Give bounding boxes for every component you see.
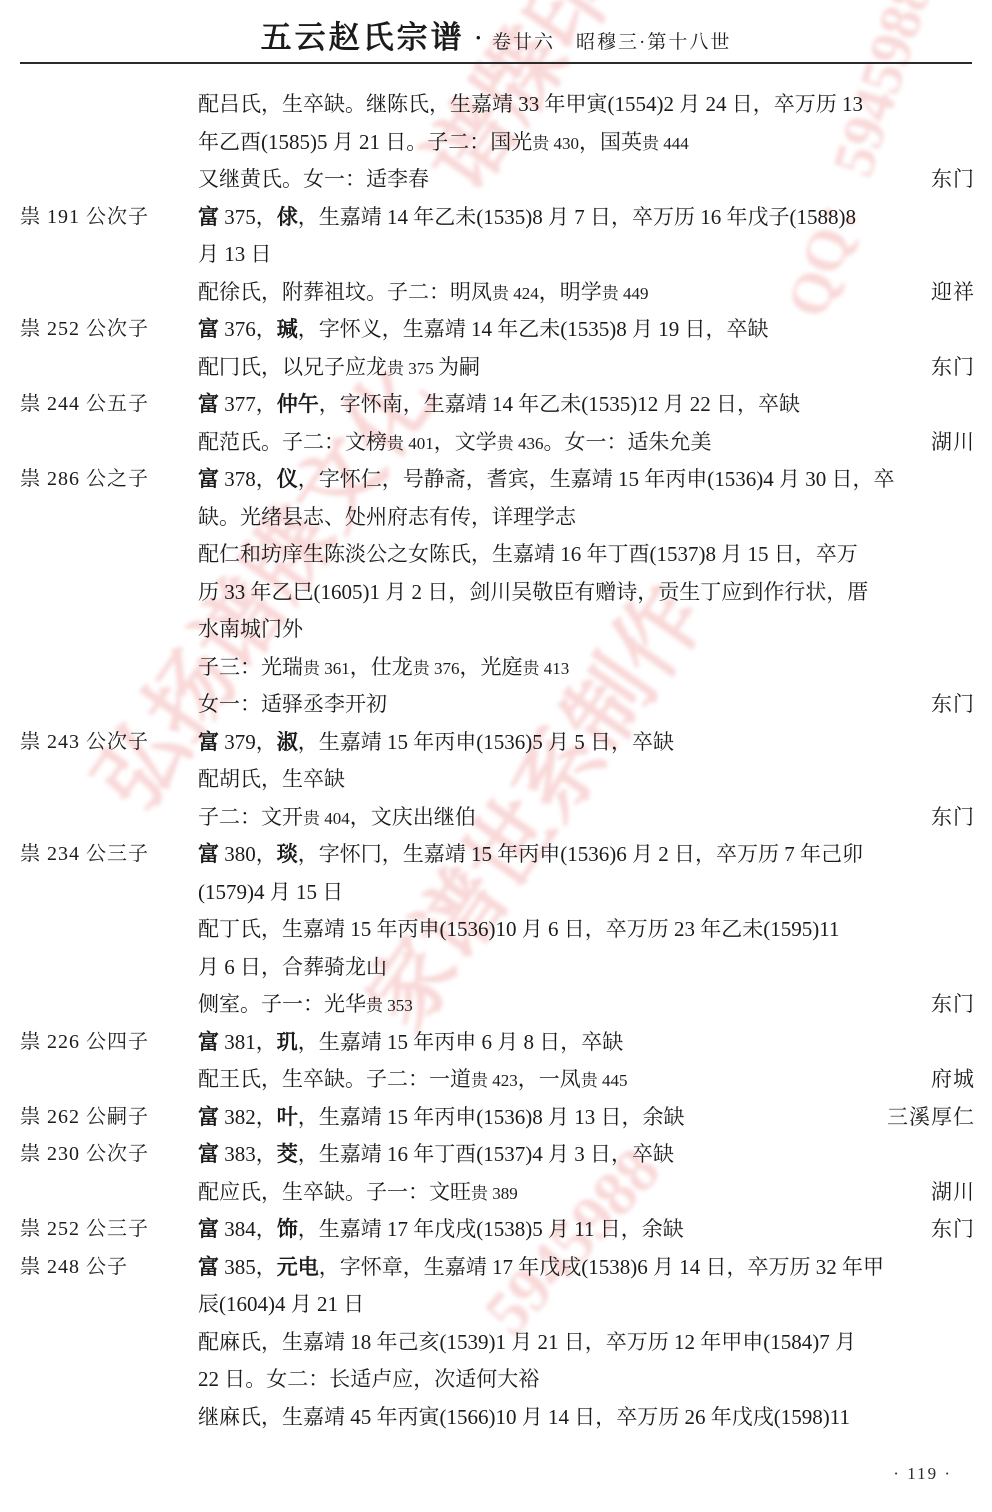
father-rank-label: 祟 243 公次子 (20, 724, 149, 762)
entry-text: 侧室。子一：光华贵 353 (198, 992, 413, 1016)
genealogy-line: 祟 226 公四子富 381，玑，生嘉靖 15 年丙申 6 月 8 日，卒缺 (0, 1024, 992, 1062)
entry-text: 富 380，琰，字怀冂，生嘉靖 15 年丙申(1536)6 月 2 日，卒万历 … (198, 842, 863, 866)
entry-text: 22 日。女二：长适卢应，次适何大裕 (198, 1367, 539, 1391)
entry-text: 富 379，淑，生嘉靖 15 年丙申(1536)5 月 5 日，卒缺 (198, 730, 674, 754)
genealogy-line: 月 13 日 (0, 236, 992, 274)
entry-text: 缺。光绪县志、处州府志有传，详理学志 (198, 505, 576, 529)
father-rank-label: 祟 252 公三子 (20, 1211, 149, 1249)
genealogy-line: 祟 252 公次子富 376，瑊，字怀义，生嘉靖 14 年乙未(1535)8 月… (0, 311, 992, 349)
genealogy-rows: 配吕氏，生卒缺。继陈氏，生嘉靖 33 年甲寅(1554)2 月 24 日，卒万历… (0, 86, 992, 1436)
father-rank-label: 祟 230 公次子 (20, 1136, 149, 1174)
genealogy-line: 祟 244 公五子富 377，仲午，字怀南，生嘉靖 14 年乙未(1535)12… (0, 386, 992, 424)
genealogy-line: 祟 234 公三子富 380，琰，字怀冂，生嘉靖 15 年丙申(1536)6 月… (0, 836, 992, 874)
father-rank-label: 祟 226 公四子 (20, 1024, 149, 1062)
entry-text: 富 377，仲午，字怀南，生嘉靖 14 年乙未(1535)12 月 22 日，卒… (198, 392, 800, 416)
entry-text: 富 381，玑，生嘉靖 15 年丙申 6 月 8 日，卒缺 (198, 1030, 623, 1054)
entry-text: 富 384，饰，生嘉靖 17 年戊戌(1538)5 月 11 日，余缺 (198, 1217, 684, 1241)
entry-text: 历 33 年乙巳(1605)1 月 2 日，剑川吴敬臣有赠诗，贡生丁应到作行状，… (198, 580, 868, 604)
residence-tag: 三溪厚仁 (887, 1099, 975, 1137)
father-rank-label: 祟 191 公次子 (20, 199, 149, 237)
genealogy-line: 侧室。子一：光华贵 353东门 (0, 986, 992, 1024)
entry-text: 富 376，瑊，字怀义，生嘉靖 14 年乙未(1535)8 月 19 日，卒缺 (198, 317, 769, 341)
residence-tag: 东门 (931, 161, 975, 199)
entry-text: 子二：文开贵 404，文庆出继伯 (198, 805, 476, 829)
entry-text: 年乙酉(1585)5 月 21 日。子二：国光贵 430，国英贵 444 (198, 130, 689, 154)
header-rule (20, 62, 972, 64)
residence-tag: 东门 (931, 1211, 975, 1249)
entry-text: 富 383，茭，生嘉靖 16 年丁酉(1537)4 月 3 日，卒缺 (198, 1142, 674, 1166)
entry-text: 富 378，仪，字怀仁，号静斋，耆宾，生嘉靖 15 年丙申(1536)4 月 3… (198, 467, 894, 491)
genealogy-line: 配王氏，生卒缺。子二：一道贵 423，一凤贵 445府城 (0, 1061, 992, 1099)
residence-tag: 迎祥 (931, 274, 975, 312)
entry-text: 配范氏。子二：文榜贵 401，文学贵 436。女一：适朱允美 (198, 430, 712, 454)
entry-text: 富 382，叶，生嘉靖 15 年丙申(1536)8 月 13 日，余缺 (198, 1105, 685, 1129)
father-rank-label: 祟 262 公嗣子 (20, 1099, 149, 1137)
entry-text: 配王氏，生卒缺。子二：一道贵 423，一凤贵 445 (198, 1067, 628, 1091)
genealogy-line: 子二：文开贵 404，文庆出继伯东门 (0, 799, 992, 837)
genealogy-line: 缺。光绪县志、处州府志有传，详理学志 (0, 499, 992, 537)
entry-text: 富 385，元电，字怀章，生嘉靖 17 年戊戌(1538)6 月 14 日，卒万… (198, 1255, 884, 1279)
entry-text: 配冂氏，以兄子应龙贵 375 为嗣 (198, 355, 480, 379)
book-title: 五云赵氏宗谱 (261, 20, 465, 55)
genealogy-line: 祟 252 公三子富 384，饰，生嘉靖 17 年戊戌(1538)5 月 11 … (0, 1211, 992, 1249)
entry-text: 配应氏，生卒缺。子一：文旺贵 389 (198, 1180, 518, 1204)
entry-text: 又继黄氏。女一：适李春 (198, 167, 429, 191)
genealogy-line: 年乙酉(1585)5 月 21 日。子二：国光贵 430，国英贵 444 (0, 124, 992, 162)
genealogy-line: 历 33 年乙巳(1605)1 月 2 日，剑川吴敬臣有赠诗，贡生丁应到作行状，… (0, 574, 992, 612)
genealogy-line: 辰(1604)4 月 21 日 (0, 1286, 992, 1324)
father-rank-label: 祟 234 公三子 (20, 836, 149, 874)
genealogy-line: 祟 286 公之子富 378，仪，字怀仁，号静斋，耆宾，生嘉靖 15 年丙申(1… (0, 461, 992, 499)
genealogy-line: 配麻氏，生嘉靖 18 年己亥(1539)1 月 21 日，卒万历 12 年甲申(… (0, 1324, 992, 1362)
father-rank-label: 祟 248 公子 (20, 1249, 128, 1287)
entry-text: 配徐氏，附葬祖坟。子二：明凤贵 424，明学贵 449 (198, 280, 649, 304)
entry-text: 配麻氏，生嘉靖 18 年己亥(1539)1 月 21 日，卒万历 12 年甲申(… (198, 1330, 856, 1354)
entry-text: 水南城门外 (198, 617, 303, 641)
genealogy-line: 祟 230 公次子富 383，茭，生嘉靖 16 年丁酉(1537)4 月 3 日… (0, 1136, 992, 1174)
genealogy-line: 配丁氏，生嘉靖 15 年丙申(1536)10 月 6 日，卒万历 23 年乙未(… (0, 911, 992, 949)
entry-text: (1579)4 月 15 日 (198, 880, 343, 904)
genealogy-line: 祟 243 公次子富 379，淑，生嘉靖 15 年丙申(1536)5 月 5 日… (0, 724, 992, 762)
document-page: 谱牒印务制造QQ：5945988弘扬谱牒文化家谱世系制作5945988 五云赵氏… (0, 0, 992, 1512)
father-rank-label: 祟 286 公之子 (20, 461, 149, 499)
genealogy-line: 继麻氏，生嘉靖 45 年丙寅(1566)10 月 14 日，卒万历 26 年戊戌… (0, 1399, 992, 1437)
genealogy-line: 祟 248 公子富 385，元电，字怀章，生嘉靖 17 年戊戌(1538)6 月… (0, 1249, 992, 1287)
genealogy-line: (1579)4 月 15 日 (0, 874, 992, 912)
genealogy-line: 子三：光瑞贵 361，仕龙贵 376，光庭贵 413 (0, 649, 992, 687)
father-rank-label: 祟 252 公次子 (20, 311, 149, 349)
genealogy-line: 女一：适驿丞李开初东门 (0, 686, 992, 724)
entry-text: 配胡氏，生卒缺 (198, 767, 345, 791)
genealogy-line: 配胡氏，生卒缺 (0, 761, 992, 799)
genealogy-line: 配仁和坊庠生陈淡公之女陈氏，生嘉靖 16 年丁酉(1537)8 月 15 日，卒… (0, 536, 992, 574)
title-separator-dot: · (475, 25, 482, 50)
residence-tag: 东门 (931, 799, 975, 837)
genealogy-line: 又继黄氏。女一：适李春东门 (0, 161, 992, 199)
genealogy-line: 月 6 日，合葬骑龙山 (0, 949, 992, 987)
residence-tag: 府城 (931, 1061, 975, 1099)
entry-text: 子三：光瑞贵 361，仕龙贵 376，光庭贵 413 (198, 655, 569, 679)
genealogy-line: 配徐氏，附葬祖坟。子二：明凤贵 424，明学贵 449迎祥 (0, 274, 992, 312)
residence-tag: 湖川 (931, 1174, 975, 1212)
genealogy-line: 祟 191 公次子富 375，俅，生嘉靖 14 年乙未(1535)8 月 7 日… (0, 199, 992, 237)
residence-tag: 东门 (931, 686, 975, 724)
genealogy-line: 配吕氏，生卒缺。继陈氏，生嘉靖 33 年甲寅(1554)2 月 24 日，卒万历… (0, 86, 992, 124)
page-number: · 119 · (893, 1464, 952, 1484)
volume-subtitle: 卷廿六 昭穆三·第十八世 (492, 32, 731, 53)
entry-text: 继麻氏，生嘉靖 45 年丙寅(1566)10 月 14 日，卒万历 26 年戊戌… (198, 1405, 850, 1429)
genealogy-line: 配范氏。子二：文榜贵 401，文学贵 436。女一：适朱允美湖川 (0, 424, 992, 462)
genealogy-line: 水南城门外 (0, 611, 992, 649)
residence-tag: 湖川 (931, 424, 975, 462)
page-header: 五云赵氏宗谱·卷廿六 昭穆三·第十八世 (0, 12, 992, 57)
residence-tag: 东门 (931, 986, 975, 1024)
entry-text: 月 6 日，合葬骑龙山 (198, 955, 387, 979)
genealogy-line: 22 日。女二：长适卢应，次适何大裕 (0, 1361, 992, 1399)
entry-text: 女一：适驿丞李开初 (198, 692, 387, 716)
genealogy-line: 配冂氏，以兄子应龙贵 375 为嗣东门 (0, 349, 992, 387)
genealogy-line: 祟 262 公嗣子富 382，叶，生嘉靖 15 年丙申(1536)8 月 13 … (0, 1099, 992, 1137)
entry-text: 辰(1604)4 月 21 日 (198, 1292, 364, 1316)
entry-text: 月 13 日 (198, 242, 272, 266)
father-rank-label: 祟 244 公五子 (20, 386, 149, 424)
entry-text: 配丁氏，生嘉靖 15 年丙申(1536)10 月 6 日，卒万历 23 年乙未(… (198, 917, 839, 941)
genealogy-line: 配应氏，生卒缺。子一：文旺贵 389湖川 (0, 1174, 992, 1212)
entry-text: 配吕氏，生卒缺。继陈氏，生嘉靖 33 年甲寅(1554)2 月 24 日，卒万历… (198, 92, 863, 116)
entry-text: 富 375，俅，生嘉靖 14 年乙未(1535)8 月 7 日，卒万历 16 年… (198, 205, 856, 229)
entry-text: 配仁和坊庠生陈淡公之女陈氏，生嘉靖 16 年丁酉(1537)8 月 15 日，卒… (198, 542, 858, 566)
residence-tag: 东门 (931, 349, 975, 387)
